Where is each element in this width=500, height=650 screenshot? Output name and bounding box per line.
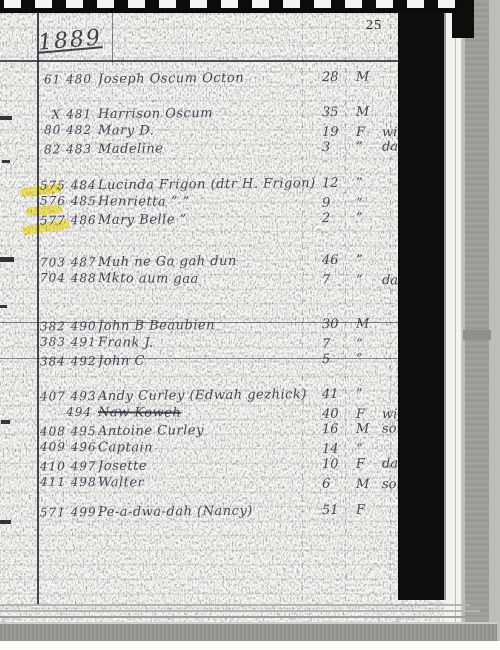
underlying-page-edges (444, 0, 462, 622)
entry-num: 411 498 (40, 473, 98, 491)
ledger-left-rule (37, 13, 39, 605)
entry-age: 10 (322, 456, 356, 474)
edge-mark (0, 520, 11, 524)
scanner-bed-strip (0, 622, 497, 643)
entry-rel (382, 251, 398, 269)
ledger-rows: 61 480Joseph Oscum Octon28MX 481Harrison… (40, 70, 398, 521)
entry-age: 28 (322, 69, 356, 87)
ledger-row: 384 492John C5” (40, 350, 398, 371)
entry-name: Muh ne Ga gah dun (98, 252, 322, 271)
entry-age: 6 (322, 475, 356, 493)
entry-num: 82 483 (40, 141, 98, 159)
ledger-block: X 481Harrison Oscum35M80 482Mary D.19Fwi… (40, 105, 398, 158)
entry-num: 577 486 (40, 212, 98, 230)
ledger-block: 703 487Muh ne Ga gah dun46”704 488Mkto a… (40, 253, 398, 288)
entry-num: 571 499 (40, 504, 98, 522)
ledger-block: 575 484Lucinda Frigon (dtr H. Frigon)12”… (40, 176, 398, 229)
ledger-block: 61 480Joseph Oscum Octon28M (40, 70, 398, 88)
entry-name: Henrietta ” ” (98, 193, 322, 212)
entry-sex: ” (356, 175, 382, 193)
entry-sex: M (356, 69, 382, 87)
entry-name: Antoine Curley (98, 421, 322, 440)
entry-sex: M (356, 421, 382, 439)
entry-age: 2 (322, 210, 356, 228)
entry-num: 409 496 (40, 438, 98, 456)
entry-name: Frank J. (98, 334, 322, 353)
entry-rel (382, 385, 398, 403)
entry-name: John C (98, 351, 322, 370)
entry-age: 3 (322, 139, 356, 157)
entry-age: 51 (322, 502, 356, 520)
ledger-top-rule (0, 60, 398, 62)
entry-sex: ” (356, 210, 382, 228)
entry-sex: M (356, 475, 382, 493)
entry-name: Pe-a-dwa-dah (Nancy) (98, 502, 322, 521)
page-edge-line (0, 604, 470, 606)
ledger-row: 703 487Muh ne Ga gah dun46” (40, 251, 398, 272)
entry-sex: ” (356, 351, 382, 369)
entry-sex: M (356, 104, 382, 122)
scanned-document: 1889 25 61 480Joseph Oscum Octon28MX 481… (0, 0, 500, 650)
ledger-row: 704 488Mkto aum gaa7”dau (40, 269, 398, 289)
ledger-row: X 481Harrison Oscum35M (40, 103, 398, 124)
entry-num: 61 480 (40, 71, 98, 89)
entry-num: 80 482 (40, 121, 98, 139)
ledger-row: 407 493Andy Curley (Edwah gezhick)41” (40, 385, 398, 406)
page-stack-edge-band (465, 0, 489, 650)
entry-rel (382, 68, 398, 86)
edge-mark (0, 257, 14, 262)
entry-rel (382, 501, 398, 519)
ledger-row: 408 495Antoine Curley16Mson (40, 420, 398, 441)
entry-name: Harrison Oscum (98, 104, 322, 123)
entry-num: 704 488 (40, 269, 98, 287)
entry-name: Walter (98, 474, 322, 493)
entry-num: 384 492 (40, 353, 98, 371)
entry-rel (382, 315, 398, 333)
entry-sex: ” (356, 252, 382, 270)
entry-num: 576 485 (40, 192, 98, 210)
entry-sex: F (356, 502, 382, 520)
entry-age: 41 (322, 386, 356, 404)
entry-rel (382, 209, 398, 227)
ledger-block: 407 493Andy Curley (Edwah gezhick)41”494… (40, 387, 398, 492)
edge-mark (0, 305, 7, 308)
ledger-row: 410 497Josette10Fdau (40, 455, 398, 476)
entry-name: Madeline (98, 139, 322, 158)
entry-name: John B Beaubien (98, 316, 322, 335)
entry-sex: ” (356, 386, 382, 404)
entry-rel (382, 350, 398, 368)
entry-name: Lucinda Frigon (dtr H. Frigon) (98, 175, 322, 194)
page-edge-line (0, 616, 488, 618)
entry-sex: M (356, 316, 382, 334)
entry-name: Andy Curley (Edwah gezhick) (98, 386, 322, 405)
entry-age: 12 (322, 175, 356, 193)
edge-mark (2, 160, 10, 163)
ledger-row: 61 480Joseph Oscum Octon28M (40, 68, 398, 89)
ledger-row: 82 483Madeline3”dau (40, 138, 398, 159)
entry-name: Josette (98, 456, 322, 475)
entry-sex: ” (356, 139, 382, 157)
ledger-block: 382 490John B Beaubien30M383 491Frank J.… (40, 317, 398, 370)
entry-name: Captain (98, 439, 322, 458)
entry-age: 46 (322, 252, 356, 270)
ledger-row: 575 484Lucinda Frigon (dtr H. Frigon)12” (40, 174, 398, 195)
entry-name: Mary Belle ” (98, 210, 322, 229)
ledger-row: 411 498Walter6Mson (40, 473, 398, 493)
entry-age: 35 (322, 104, 356, 122)
ledger-rule-fragment (112, 13, 113, 63)
microfilm-strip (0, 0, 457, 13)
entry-num: 383 491 (40, 333, 98, 351)
entry-sex: F (356, 456, 382, 474)
entry-age: 16 (322, 421, 356, 439)
entry-rel (382, 103, 398, 121)
edge-mark (1, 420, 10, 424)
entry-name: Mkto aum gaa (98, 270, 322, 289)
entry-sex: ” (356, 271, 382, 289)
entry-age: 30 (322, 316, 356, 334)
page-edge-line (0, 610, 480, 612)
ledger-block: 571 499Pe-a-dwa-dah (Nancy)51F (40, 503, 398, 521)
entry-age: 7 (322, 271, 356, 289)
ledger-row: 382 490John B Beaubien30M (40, 315, 398, 336)
entry-name: Naw Koweh (98, 404, 322, 423)
entry-name: Mary D. (98, 122, 322, 141)
entry-age: 5 (322, 351, 356, 369)
entry-num: 494 (40, 403, 98, 421)
entry-name: Joseph Oscum Octon (98, 69, 322, 88)
scanner-margin-bottom (0, 641, 500, 650)
edge-mark (0, 116, 12, 120)
page-curl-shadow (398, 13, 444, 600)
ledger-row: 577 486Mary Belle ”2” (40, 209, 398, 230)
ledger-row: 571 499Pe-a-dwa-dah (Nancy)51F (40, 501, 398, 522)
entry-rel (382, 174, 398, 192)
page-number: 25 (366, 18, 382, 34)
